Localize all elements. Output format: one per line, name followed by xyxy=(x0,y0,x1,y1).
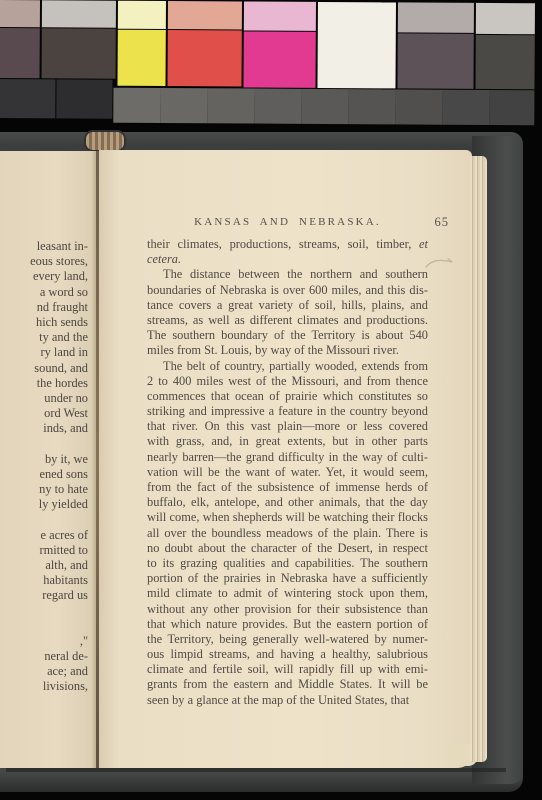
color-patch xyxy=(475,35,534,89)
color-patch xyxy=(0,0,40,27)
text-line-fragment: hich sends xyxy=(0,315,88,330)
cover-bottom-seam xyxy=(6,768,506,772)
text-line-fragment: eous stores, xyxy=(0,254,88,269)
color-calibration-chart xyxy=(0,0,536,127)
color-patch xyxy=(348,89,395,124)
text-line: 2 to 400 miles west of the Missouri, and… xyxy=(147,374,428,389)
color-patch xyxy=(244,1,316,30)
text-line: portion of the prairies in Nebraska have… xyxy=(147,571,428,586)
text-line-fragment: e acres of xyxy=(0,528,88,543)
color-patch xyxy=(254,89,301,124)
text-line: cetera. xyxy=(147,252,428,267)
text-line: boundaries of Nebraska is over 600 miles… xyxy=(147,283,428,298)
text-line: grants from the eastern and Middle State… xyxy=(147,677,428,692)
color-patch xyxy=(476,3,535,34)
text-line-fragment: habitants xyxy=(0,573,88,588)
text-line-fragment xyxy=(0,512,88,527)
text-line-fragment: leasant in- xyxy=(0,239,88,254)
text-line-fragment: nd fraught xyxy=(0,300,88,315)
text-line-fragment xyxy=(0,619,88,634)
text-line: commences that ocean of prairie which co… xyxy=(147,389,428,404)
text-line-fragment: rmitted to xyxy=(0,543,88,558)
book-headband-coil xyxy=(84,130,126,152)
text-line: without any other provision for their su… xyxy=(147,602,428,617)
running-head: KANSAS AND NEBRASKA. xyxy=(147,216,428,228)
text-line: with grass, and, in great extents, but i… xyxy=(147,434,428,449)
color-patch xyxy=(207,88,254,123)
color-patch xyxy=(160,88,207,123)
text-line: that river. On this vast plain—more or l… xyxy=(147,419,428,434)
text-line: The belt of country, partially wooded, e… xyxy=(147,359,428,374)
text-line-fragment: ened sons xyxy=(0,467,88,482)
text-line: tance covers a great variety of soil, hi… xyxy=(147,298,428,313)
text-line: buffalo, elk, antelope, and other animal… xyxy=(147,495,428,510)
text-line-fragment: every land, xyxy=(0,269,88,284)
text-line: nearly barren—the grand difficulty in th… xyxy=(147,450,428,465)
text-line-fragment: ny to hate xyxy=(0,482,88,497)
left-page-text: leasant in-eous stores,every land,a word… xyxy=(0,239,88,695)
text-line: seen by a glance at the map of the Unite… xyxy=(147,693,428,708)
text-line-fragment: ord West xyxy=(0,406,88,421)
color-patch xyxy=(489,90,534,125)
text-line: will come, when shepherds will be watchi… xyxy=(147,510,428,525)
page-header: KANSAS AND NEBRASKA. 65 xyxy=(147,216,449,231)
text-line: ous limpid streams, and having a healthy… xyxy=(147,647,428,662)
text-line: from the fact of the subsistence of imme… xyxy=(147,480,428,495)
text-line: streams, as well as different climates a… xyxy=(147,313,428,328)
color-patch xyxy=(301,89,348,124)
color-patch xyxy=(0,28,40,78)
text-line-fragment: ," xyxy=(0,634,88,649)
color-patch xyxy=(42,28,116,78)
pencil-checkmark xyxy=(425,256,455,272)
text-line-fragment: livisions, xyxy=(0,679,88,694)
text-line-fragment: inds, and xyxy=(0,421,88,436)
text-line-fragment: ty and the xyxy=(0,330,88,345)
color-patch xyxy=(398,2,474,32)
text-line-fragment xyxy=(0,604,88,619)
text-line-fragment: ry land in xyxy=(0,345,88,360)
color-patch xyxy=(118,1,166,29)
color-patch xyxy=(56,79,112,118)
text-line-fragment: under no xyxy=(0,391,88,406)
page-number: 65 xyxy=(435,215,450,230)
text-line-fragment: a word so xyxy=(0,285,88,300)
text-line: that which nature provides. But the east… xyxy=(147,617,428,632)
color-patch xyxy=(397,33,473,88)
color-patch xyxy=(117,30,165,86)
color-patch xyxy=(442,90,489,125)
text-line: mild climate to admit of wintering stock… xyxy=(147,586,428,601)
text-line-fragment: ly yielded xyxy=(0,497,88,512)
text-line: climate and fertile soil, will rapidly f… xyxy=(147,662,428,677)
color-patch xyxy=(0,79,56,118)
text-line-fragment xyxy=(0,436,88,451)
text-line-fragment: alth, and xyxy=(0,558,88,573)
text-line-fragment: regard us xyxy=(0,588,88,603)
text-line: their climates, productions, streams, so… xyxy=(147,237,428,252)
text-line: miles from St. Louis, by way of the Miss… xyxy=(147,343,428,358)
right-page-text: their climates, productions, streams, so… xyxy=(147,237,428,708)
text-line-fragment: ace; and xyxy=(0,664,88,679)
text-line: The distance between the northern and so… xyxy=(147,267,428,282)
text-line: The southern boundary of the Territory i… xyxy=(147,328,428,343)
color-patch xyxy=(113,88,160,123)
color-patch xyxy=(243,31,315,87)
color-patch xyxy=(167,30,241,86)
text-line-fragment: by it, we xyxy=(0,452,88,467)
text-line: no doubt about the character of the Dese… xyxy=(147,541,428,556)
text-line: all over the boundless meadows of the pl… xyxy=(147,526,428,541)
text-line: striking and impressive a feature in the… xyxy=(147,404,428,419)
text-line-fragment: the hordes xyxy=(0,376,88,391)
page-edge-stack xyxy=(470,156,487,762)
color-patch xyxy=(395,89,442,124)
text-line: the Territory, being generally well-wate… xyxy=(147,632,428,647)
color-patch xyxy=(168,1,242,29)
text-line-fragment: sound, and xyxy=(0,361,88,376)
color-patch xyxy=(317,2,396,88)
text-line: to its grazing qualities and capabilitie… xyxy=(147,556,428,571)
color-patch xyxy=(42,0,116,27)
text-line-fragment: neral de- xyxy=(0,649,88,664)
scanned-book-photo: KANSAS AND NEBRASKA. 65 their climates, … xyxy=(0,0,542,800)
text-line: vation will be the want of water. Yet, i… xyxy=(147,465,428,480)
